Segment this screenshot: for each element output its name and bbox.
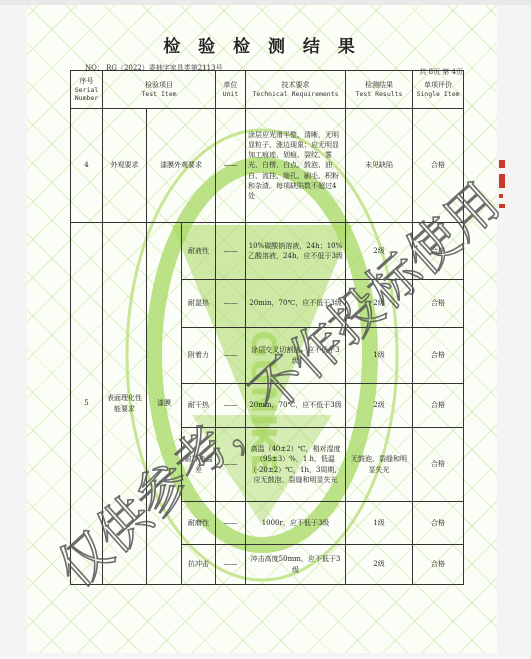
results-table: 序号 Serial Number 检验项目 Test Item 单位 Unit … — [70, 70, 464, 585]
row5-item-evaluation: 合格 — [413, 223, 464, 280]
row5-subcategory: 漆膜 — [147, 223, 182, 585]
row5-category: 表面理化性能要求 — [103, 223, 147, 585]
row5-item-unit: —— — [216, 280, 246, 328]
row5-item-unit: —— — [216, 428, 246, 502]
header-requirements-en: Technical Requirements — [248, 90, 343, 98]
header-serial: 序号 Serial Number — [71, 71, 103, 109]
header-evaluation: 单项评价 Single Item — [413, 71, 464, 109]
row5-item-name: 抗冲击 — [182, 545, 216, 585]
row4-requirement: 涂层应光滑平整、清晰，无明显粒子、涨边现象；应无明显加工痕迹、划痕、裂纹、雾光、… — [246, 109, 346, 223]
table-row: 5 表面理化性能要求 漆膜 耐液性 —— 10%碳酸钠溶液，24h；10%乙酸溶… — [71, 223, 464, 280]
table-row: 4 外观要求 漆膜外观要求 —— 涂层应光滑平整、清晰，无明显粒子、涨边现象；应… — [71, 109, 464, 223]
row5-item-result: 2级 — [346, 545, 413, 585]
row5-item-unit: —— — [216, 223, 246, 280]
row5-item-result: 2级 — [346, 280, 413, 328]
row4-evaluation: 合格 — [413, 109, 464, 223]
header-evaluation-en: Single Item — [415, 90, 461, 98]
row5-item-name: 耐湿热 — [182, 280, 216, 328]
header-unit-cn: 单位 — [218, 81, 243, 90]
header-item: 检验项目 Test Item — [103, 71, 216, 109]
row5-item-requirement: 10%碳酸钠溶液，24h；10%乙酸溶液，24h，应不低于3级 — [246, 223, 346, 280]
row5-item-evaluation: 合格 — [413, 328, 464, 384]
row5-item-evaluation: 合格 — [413, 545, 464, 585]
row5-item-evaluation: 合格 — [413, 280, 464, 328]
row5-item-requirement: 20min，70℃，应不低于3级 — [246, 384, 346, 428]
row5-item-evaluation: 合格 — [413, 384, 464, 428]
header-serial-en2: Number — [73, 94, 100, 102]
row4-category: 外观要求 — [103, 109, 147, 223]
row4-serial: 4 — [71, 109, 103, 223]
row5-item-name: 耐液性 — [182, 223, 216, 280]
row5-item-name: 耐冷热温差 — [182, 428, 216, 502]
row5-item-unit: —— — [216, 328, 246, 384]
header-serial-en1: Serial — [73, 86, 100, 94]
header-requirements: 技术要求 Technical Requirements — [246, 71, 346, 109]
header-results: 检测结果 Test Results — [346, 71, 413, 109]
header-item-cn: 检验项目 — [105, 81, 213, 90]
row5-item-requirement: 1000r，应不低于3级 — [246, 502, 346, 545]
side-seal-mark — [499, 160, 505, 220]
row5-item-result: 2级 — [346, 384, 413, 428]
row5-item-name: 耐磨性 — [182, 502, 216, 545]
header-requirements-cn: 技术要求 — [248, 81, 343, 90]
row5-item-result: 2级 — [346, 223, 413, 280]
row5-item-unit: —— — [216, 545, 246, 585]
header-item-en: Test Item — [105, 90, 213, 98]
header-evaluation-cn: 单项评价 — [415, 81, 461, 90]
table-header-row: 序号 Serial Number 检验项目 Test Item 单位 Unit … — [71, 71, 464, 109]
row4-result: 未见缺陷 — [346, 109, 413, 223]
row5-item-result: 1级 — [346, 502, 413, 545]
document-title: 检 验 检 测 结 果 — [27, 32, 497, 57]
row5-item-requirement: 20min，70℃，应不低于3级 — [246, 280, 346, 328]
row5-item-evaluation: 合格 — [413, 428, 464, 502]
row5-item-name: 耐干热 — [182, 384, 216, 428]
row5-item-result: 无鼓泡、裂缝和明显失光 — [346, 428, 413, 502]
row4-item: 漆膜外观要求 — [147, 109, 216, 223]
row5-item-requirement: 高温（40±2）℃，相对湿度（95±3）%，1 h，低温（-20±2）℃，1h，… — [246, 428, 346, 502]
row5-item-requirement: 冲击高度50mm，应不低于3级 — [246, 545, 346, 585]
header-unit: 单位 Unit — [216, 71, 246, 109]
header-serial-cn: 序号 — [73, 77, 100, 86]
header-results-en: Test Results — [348, 90, 410, 98]
row5-item-unit: —— — [216, 502, 246, 545]
row5-item-name: 附着力 — [182, 328, 216, 384]
row5-item-unit: —— — [216, 384, 246, 428]
row5-item-evaluation: 合格 — [413, 502, 464, 545]
row5-serial: 5 — [71, 223, 103, 585]
row4-unit: —— — [216, 109, 246, 223]
row5-item-result: 1级 — [346, 328, 413, 384]
row5-item-requirement: 涂层交叉切割法，应不低于3级 — [246, 328, 346, 384]
header-results-cn: 检测结果 — [348, 81, 410, 90]
header-unit-en: Unit — [218, 90, 243, 98]
